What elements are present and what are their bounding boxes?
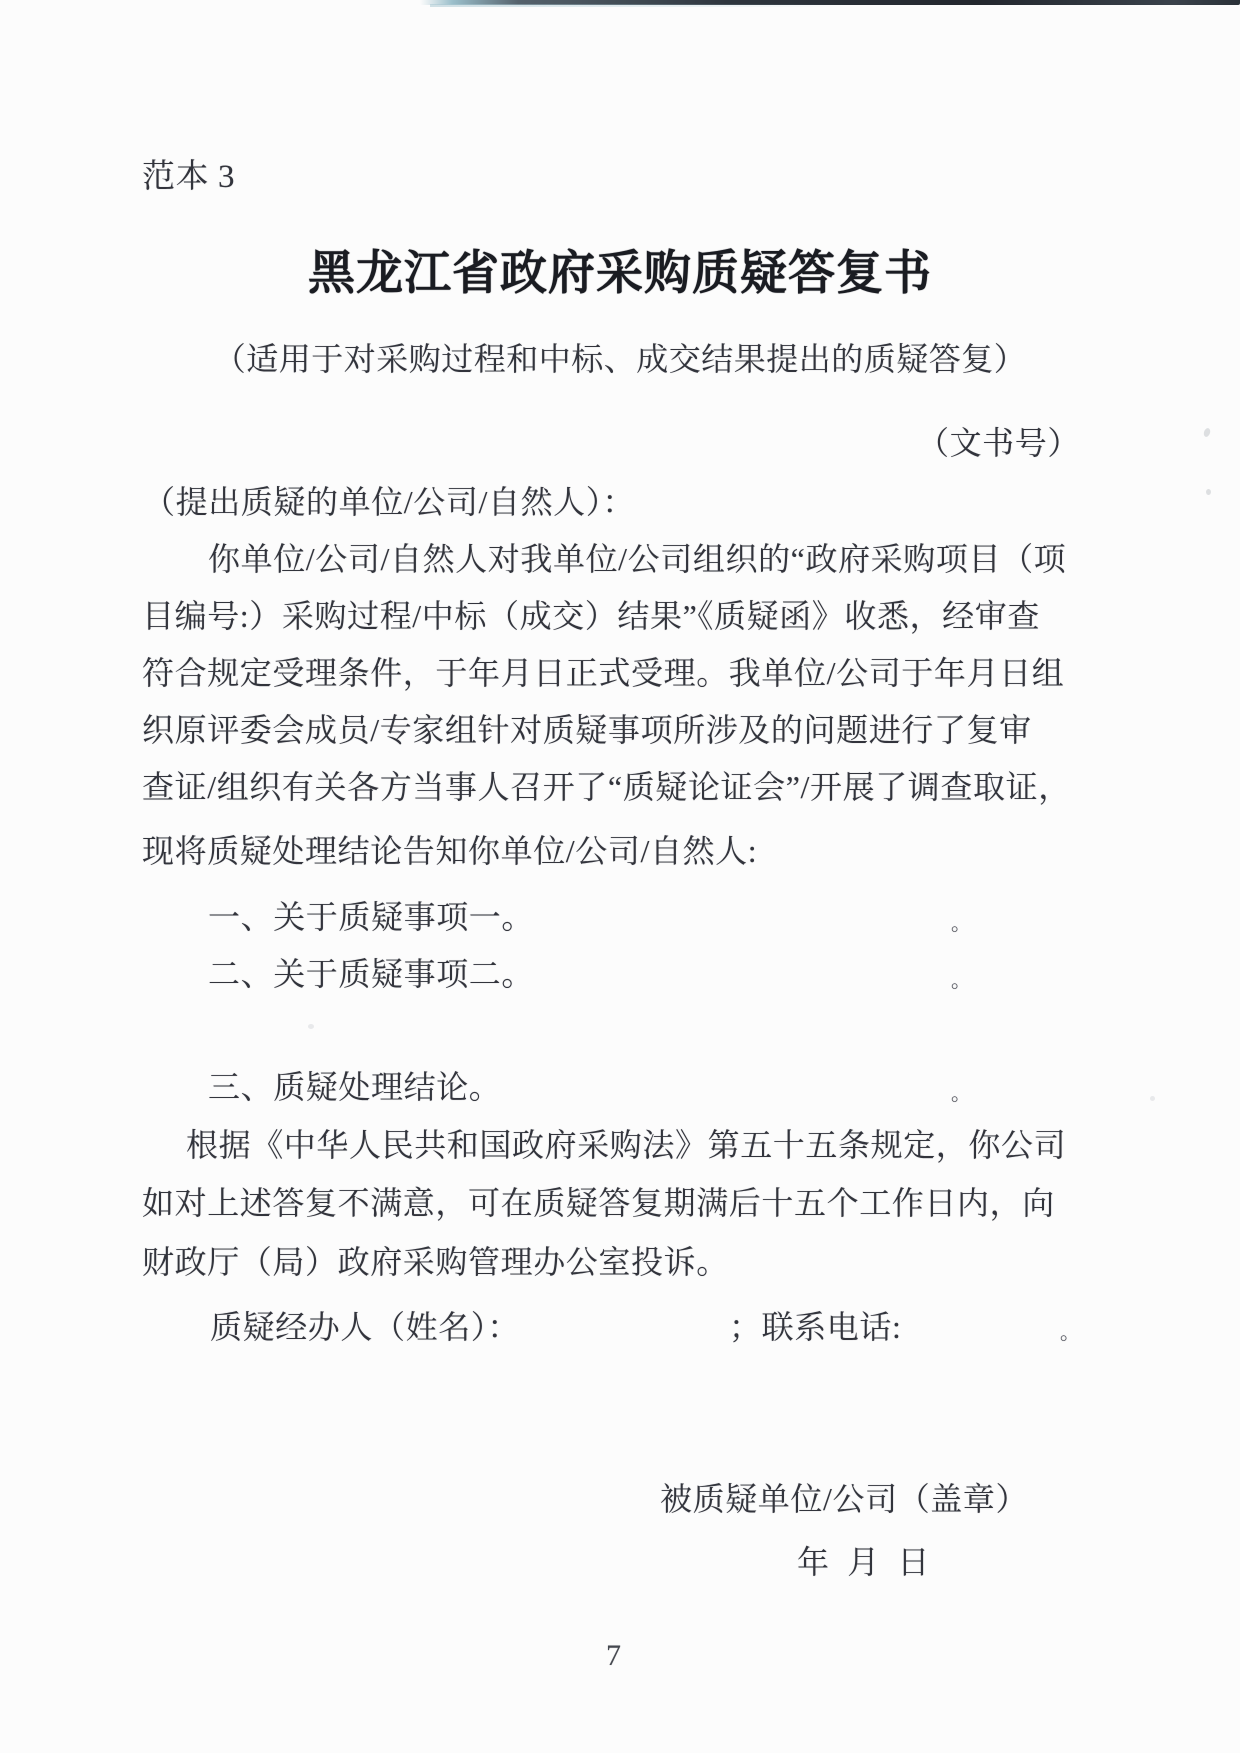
paragraph-line: 符合规定受理条件，于年月日正式受理。我单位/公司于年月日组	[142, 654, 1064, 692]
scan-artifact-top-highlight	[430, 4, 850, 7]
scanned-document-page: 范本 3 黑龙江省政府采购质疑答复书 （适用于对采购过程和中标、成交结果提出的质…	[0, 0, 1240, 1753]
paragraph-line: 根据《中华人民共和国政府采购法》第五十五条规定，你公司	[186, 1126, 1066, 1164]
signature-line: 被质疑单位/公司（盖章）	[660, 1480, 1028, 1518]
paragraph-line: 如对上述答复不满意，可在质疑答复期满后十五个工作日内，向	[142, 1184, 1055, 1222]
scan-speck	[1206, 489, 1211, 495]
item-period-mark: 。	[951, 1082, 971, 1106]
paragraph-line: 财政厅（局）政府采购管理办公室投诉。	[142, 1243, 729, 1281]
salutation-line: （提出质疑的单位/公司/自然人）：	[143, 483, 635, 521]
paragraph-line: 你单位/公司/自然人对我单位/公司组织的“政府采购项目（项	[208, 540, 1066, 578]
numbered-item-1: 一、关于质疑事项一。	[208, 898, 534, 936]
item-period-mark: 。	[951, 912, 971, 936]
template-label: 范本 3	[142, 158, 235, 198]
scan-speck	[308, 1024, 314, 1029]
paragraph-line: 织原评委会成员/专家组针对质疑事项所涉及的问题进行了复审	[142, 711, 1032, 749]
document-subtitle: （适用于对采购过程和中标、成交结果提出的质疑答复）	[0, 340, 1240, 378]
paragraph-line: 现将质疑处理结论告知你单位/公司/自然人:	[142, 832, 757, 870]
contact-name-label: 质疑经办人（姓名）：	[210, 1308, 520, 1346]
contact-phone-label: ；联系电话:	[729, 1308, 902, 1346]
scan-speck	[1150, 1096, 1155, 1101]
item-period-mark: 。	[951, 969, 971, 993]
page-number: 7	[606, 1638, 622, 1674]
paragraph-line: 目编号:）采购过程/中标（成交）结果”《质疑函》收悉，经审查	[142, 597, 1040, 635]
doc-number-label: （文书号）	[917, 424, 1080, 462]
numbered-item-3: 三、质疑处理结论。	[208, 1068, 501, 1106]
paragraph-line: 查证/组织有关各方当事人召开了“质疑论证会”/开展了调查取证，	[142, 768, 1071, 806]
date-line: 年 月 日	[797, 1543, 930, 1581]
numbered-item-2: 二、关于质疑事项二。	[208, 955, 534, 993]
contact-period-mark: 。	[1060, 1321, 1080, 1345]
document-title: 黑龙江省政府采购质疑答复书	[0, 246, 1240, 302]
scan-speck	[1203, 427, 1212, 438]
